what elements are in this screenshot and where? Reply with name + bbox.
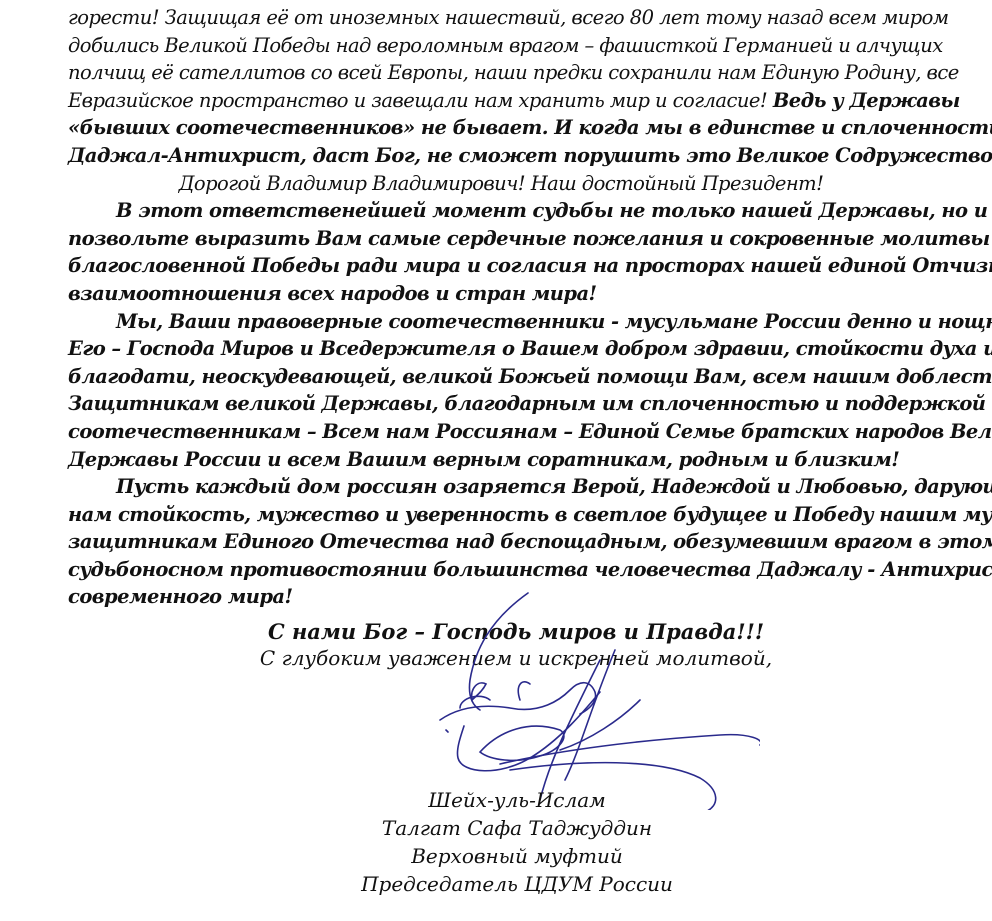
salutation: Дорогой Владимир Владимирович! Наш досто… (68, 170, 934, 198)
text-line: Даджал-Антихрист, даст Бог, не сможет по… (68, 142, 934, 170)
text-line: «бывших соотечественников» не бывает. И … (68, 114, 934, 142)
signer-organization: Председатель ЦДУМ России (0, 870, 992, 898)
text-line: горести! Защищая её от иноземных нашеств… (68, 4, 934, 32)
text-segment: Евразийское пространство и завещали нам … (68, 89, 767, 112)
text-line-mixed: Евразийское пространство и завещали нам … (68, 87, 934, 115)
bold-segment: Ведь у Державы (773, 89, 960, 112)
text-line: добились Великой Победы над вероломным в… (68, 32, 934, 60)
letter-body: горести! Защищая её от иноземных нашеств… (68, 4, 934, 611)
text-line: благодати, неоскудевающей, великой Божье… (68, 363, 934, 391)
text-line: позвольте выразить Вам самые сердечные п… (68, 225, 934, 253)
text-line: Защитникам великой Державы, благодарным … (68, 390, 934, 418)
text-line: защитникам Единого Отечества над беспоща… (68, 528, 934, 556)
text-line: Его – Господа Миров и Вседержителя о Ваш… (68, 335, 934, 363)
text-line: Мы, Ваши правоверные соотечественники - … (68, 308, 934, 336)
signature-block: Шейх-уль-Ислам Талгат Сафа Таджуддин Вер… (0, 786, 992, 898)
text-line: Державы России и всем Вашим верным сорат… (68, 446, 934, 474)
signer-name: Талгат Сафа Таджуддин (0, 814, 992, 842)
text-line: В этот ответственейшей момент судьбы не … (68, 197, 934, 225)
text-line: нам стойкость, мужество и уверенность в … (68, 501, 934, 529)
text-line: полчищ её сателлитов со всей Европы, наш… (68, 59, 934, 87)
text-line: взаимоотношения всех народов и стран мир… (68, 280, 934, 308)
text-line: соотечественникам – Всем нам Россиянам –… (68, 418, 934, 446)
handwritten-signature-icon (420, 580, 760, 810)
text-line: благословенной Победы ради мира и соглас… (68, 252, 934, 280)
signer-title: Шейх-уль-Ислам (0, 786, 992, 814)
text-line: Пусть каждый дом россиян озаряется Верой… (68, 473, 934, 501)
signer-position: Верховный муфтий (0, 842, 992, 870)
